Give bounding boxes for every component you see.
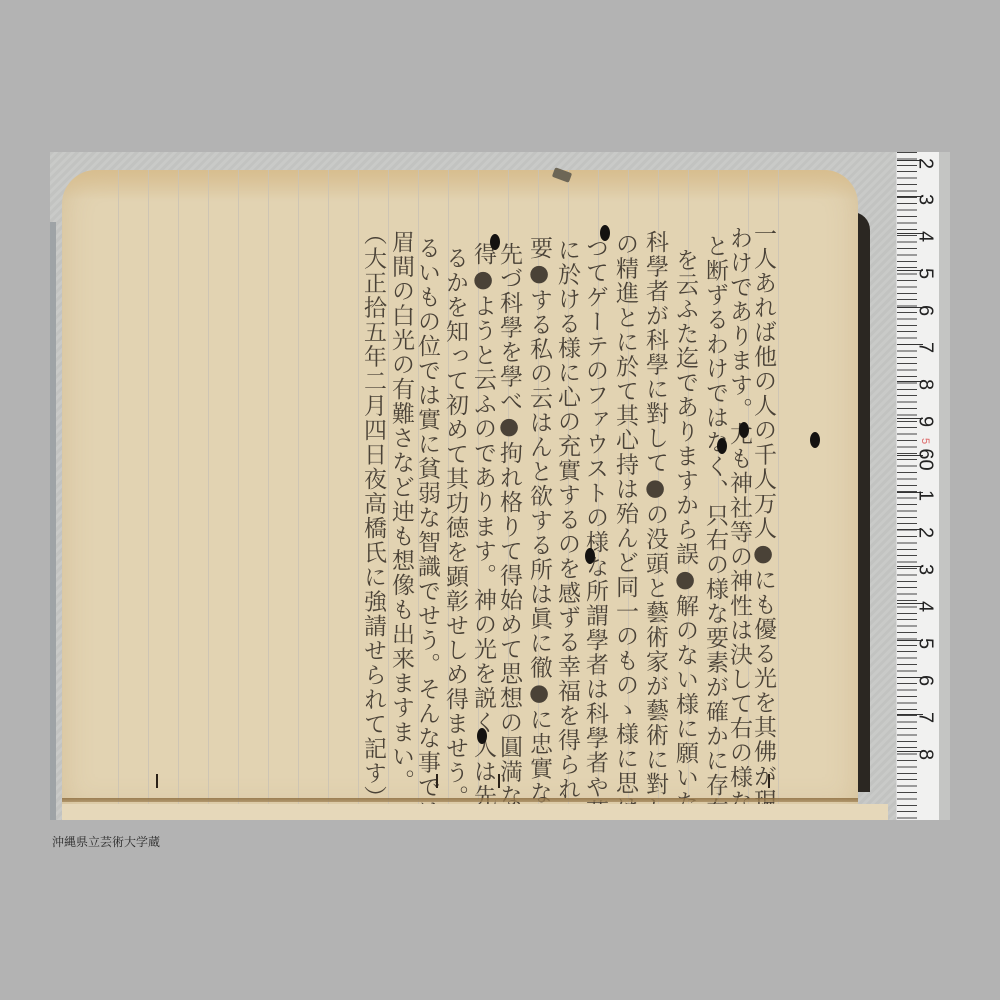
text-column-8: に於ける様に心の充實するのを感ずる幸福を得られません。: [554, 238, 580, 810]
measuring-ruler: 2 3 4 5 6 7 8 9 5 60 1 2 3 4 5 6 7 8: [896, 152, 939, 820]
ruled-line: [118, 170, 119, 810]
ruled-line: [358, 170, 359, 810]
ruler-label: 5: [914, 262, 937, 286]
binding-stitch: [436, 774, 438, 788]
text-column-5: 科學者が科學に對して●の没頭と藝術家が藝術に對して: [642, 230, 668, 810]
text-column-7: つてゲーテのファウストの様な所謂學者は科學者や藝術家: [582, 236, 608, 810]
text-column-1: 一人あれば他の人の千人万人●にも優る光を其佛が現じ得る: [750, 222, 776, 810]
ink-blot: [585, 548, 595, 564]
ink-blot: [600, 225, 610, 241]
ruler-label: 5: [914, 632, 937, 656]
ink-blot: [490, 234, 500, 250]
ink-blot: [477, 728, 487, 744]
text-column-14: 眉間の白光の有難さなど迚も想像も出来ますまい。: [388, 230, 414, 794]
text-column-3: と断ずるわけではなく、只右の様な要素が確かに存在する事: [702, 234, 728, 810]
text-column-12: るかを知って初めて其功徳を顕彰せしめ得ませう。「光は明: [442, 246, 468, 810]
collection-credit: 沖縄県立芸術大学蔵: [52, 833, 160, 850]
binding-stitch: [156, 774, 158, 788]
ruled-line: [328, 170, 329, 810]
ruler-label: 1: [914, 484, 937, 508]
ruled-line: [178, 170, 179, 810]
ruler-label: 3: [914, 188, 937, 212]
manuscript-photo: 一人あれば他の人の千人万人●にも優る光を其佛が現じ得る わけであります。尤も神社…: [50, 152, 950, 820]
text-column-2: わけであります。尤も神社等の神性は決して右の様なものゝみ: [726, 226, 752, 810]
ruler-label: 3: [914, 558, 937, 582]
ruler-label: 7: [914, 706, 937, 730]
ruler-label: 60: [914, 448, 937, 472]
page-stain: [62, 170, 858, 200]
ruler-label: 6: [914, 669, 937, 693]
lower-page-edge: [62, 804, 888, 820]
binding-stitch: [498, 774, 500, 788]
notebook-page: 一人あれば他の人の千人万人●にも優る光を其佛が現じ得る わけであります。尤も神社…: [62, 170, 858, 810]
ruler-label: 7: [914, 336, 937, 360]
ruler-label: 2: [914, 152, 937, 176]
text-column-9: 要●する私の云はんと欲する所は眞に徹●に忠實なる者は: [526, 236, 552, 810]
ink-blot: [717, 438, 727, 454]
text-column-4: を云ふた迄でありますから誤●解のない様に願いたいと思ひます。: [672, 248, 698, 810]
ruled-line: [238, 170, 239, 810]
ruled-line: [268, 170, 269, 810]
ruled-line: [148, 170, 149, 810]
ruler-label: 8: [914, 743, 937, 767]
text-column-6: の精進とに於て其心持は殆んど同一のものゝ様に思はれます。却: [612, 232, 638, 810]
text-column-10: 先づ科學を學べ●拘れ格りて得始めて思想の圓満なるを: [496, 242, 522, 810]
ruler-label: 4: [914, 595, 937, 619]
ruler-label: 8: [914, 373, 937, 397]
ruler-label: 2: [914, 521, 937, 545]
binding-stitch: [768, 774, 770, 788]
ruler-label: 4: [914, 225, 937, 249]
text-column-colophon: （大正拾五年二月四日夜高橋氏に強請せられて記す）: [360, 222, 386, 810]
ink-blot: [810, 432, 820, 448]
ruled-line: [208, 170, 209, 810]
left-edge-strip: [50, 222, 56, 820]
ink-blot: [739, 422, 749, 438]
text-column-11: 得●ようと云ふのであります。神の光を説く人は先づ光の何た: [470, 242, 496, 810]
text-column-13: るいもの位では實に貧弱な智識でせう。そんな事では佛: [414, 236, 440, 810]
page-fold: [62, 798, 858, 802]
ruled-line: [778, 170, 779, 810]
ruled-line: [298, 170, 299, 810]
ruler-label: 6: [914, 299, 937, 323]
